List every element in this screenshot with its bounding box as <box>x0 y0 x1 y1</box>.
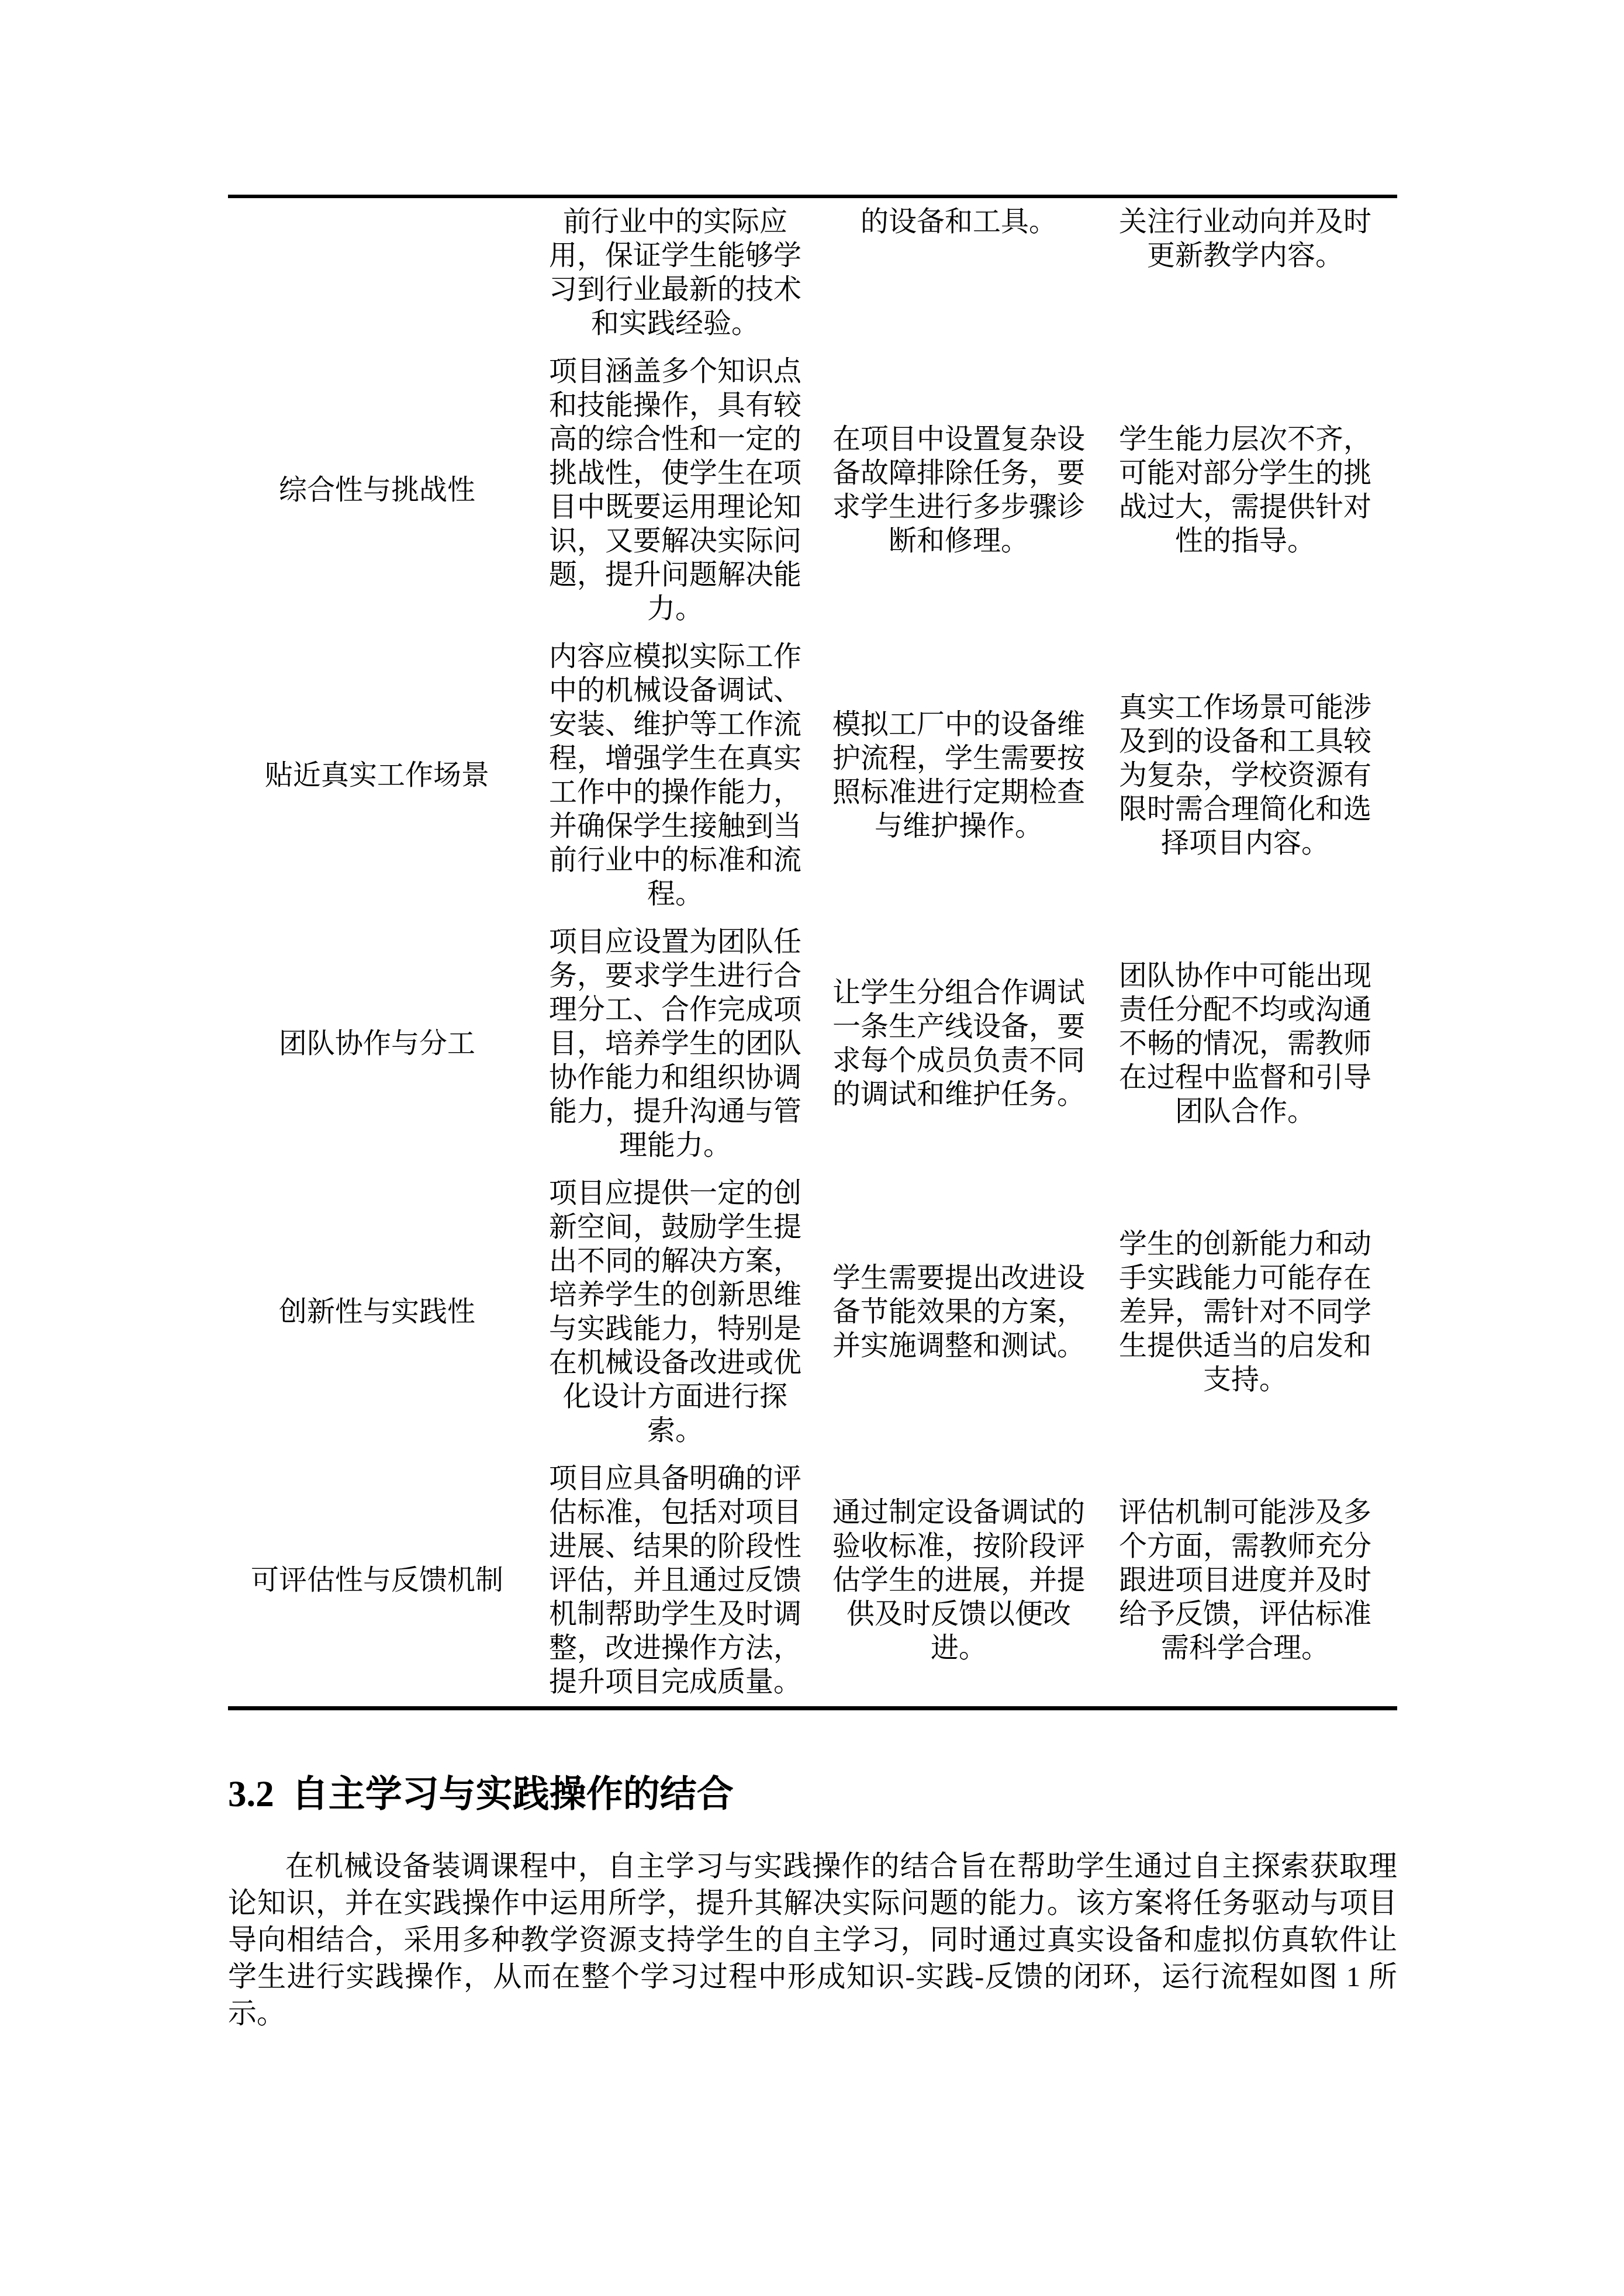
cell-description: 项目应提供一定的创新空间，鼓励学生提出不同的解决方案，培养学生的创新思维与实践能… <box>526 1170 824 1455</box>
cell-description: 项目涵盖多个知识点和技能操作，具有较高的综合性和一定的挑战性，使学生在项目中既要… <box>526 348 824 633</box>
cell-challenge: 学生的创新能力和动手实践能力可能存在差异，需针对不同学生提供适当的启发和支持。 <box>1093 1220 1397 1404</box>
table-row: 可评估性与反馈机制 项目应具备明确的评估标准，包括对项目进展、结果的阶段性评估，… <box>228 1455 1397 1706</box>
cell-description: 前行业中的实际应用，保证学生能够学习到行业最新的技术和实践经验。 <box>526 198 824 348</box>
cell-description: 项目应具备明确的评估标准，包括对项目进展、结果的阶段性评估，并且通过反馈机制帮助… <box>526 1455 824 1706</box>
row-label: 综合性与挑战性 <box>228 466 526 514</box>
row-label: 可评估性与反馈机制 <box>228 1557 526 1605</box>
cell-description: 项目应设置为团队任务，要求学生进行合理分工、合作完成项目，培养学生的团队协作能力… <box>526 918 824 1170</box>
cell-challenge: 学生能力层次不齐，可能对部分学生的挑战过大，需提供针对性的指导。 <box>1093 416 1397 565</box>
cell-example: 让学生分组合作调试一条生产线设备，要求每个成员负责不同的调试和维护任务。 <box>824 969 1093 1119</box>
cell-example: 学生需要提出改进设备节能效果的方案，并实施调整和测试。 <box>824 1254 1093 1370</box>
cell-challenge: 团队协作中可能出现责任分配不均或沟通不畅的情况，需教师在过程中监督和引导团队合作… <box>1093 952 1397 1136</box>
document-page: 前行业中的实际应用，保证学生能够学习到行业最新的技术和实践经验。 的设备和工具。… <box>0 0 1624 2296</box>
cell-challenge: 关注行业动向并及时更新教学内容。 <box>1093 198 1397 280</box>
cell-example: 的设备和工具。 <box>824 198 1093 246</box>
cell-description: 内容应模拟实际工作中的机械设备调试、安装、维护等工作流程，增强学生在真实工作中的… <box>526 633 824 918</box>
cell-challenge: 评估机制可能涉及多个方面，需教师充分跟进项目进度并及时给予反馈，评估标准需科学合… <box>1093 1489 1397 1672</box>
project-design-table: 前行业中的实际应用，保证学生能够学习到行业最新的技术和实践经验。 的设备和工具。… <box>228 195 1397 1710</box>
table-row-continuation: 前行业中的实际应用，保证学生能够学习到行业最新的技术和实践经验。 的设备和工具。… <box>228 198 1397 348</box>
row-label: 贴近真实工作场景 <box>228 752 526 800</box>
table-row: 贴近真实工作场景 内容应模拟实际工作中的机械设备调试、安装、维护等工作流程，增强… <box>228 633 1397 918</box>
cell-example: 在项目中设置复杂设备故障排除任务，要求学生进行多步骤诊断和修理。 <box>824 416 1093 565</box>
section-number: 3.2 <box>228 1773 274 1814</box>
row-label <box>228 198 526 212</box>
body-paragraph: 在机械设备装调课程中，自主学习与实践操作的结合旨在帮助学生通过自主探索获取理论知… <box>228 1848 1397 2032</box>
row-label: 创新性与实践性 <box>228 1288 526 1336</box>
section-title: 自主学习与实践操作的结合 <box>292 1773 734 1814</box>
section-heading: 3.2自主学习与实践操作的结合 <box>228 1771 1397 1817</box>
table-row: 创新性与实践性 项目应提供一定的创新空间，鼓励学生提出不同的解决方案，培养学生的… <box>228 1170 1397 1455</box>
table-row: 综合性与挑战性 项目涵盖多个知识点和技能操作，具有较高的综合性和一定的挑战性，使… <box>228 348 1397 633</box>
cell-example: 通过制定设备调试的验收标准，按阶段评估学生的进展，并提供及时反馈以便改进。 <box>824 1489 1093 1672</box>
table-row: 团队协作与分工 项目应设置为团队任务，要求学生进行合理分工、合作完成项目，培养学… <box>228 918 1397 1170</box>
row-label: 团队协作与分工 <box>228 1020 526 1068</box>
cell-challenge: 真实工作场景可能涉及到的设备和工具较为复杂，学校资源有限时需合理简化和选择项目内… <box>1093 684 1397 867</box>
cell-example: 模拟工厂中的设备维护流程，学生需要按照标准进行定期检查与维护操作。 <box>824 701 1093 850</box>
